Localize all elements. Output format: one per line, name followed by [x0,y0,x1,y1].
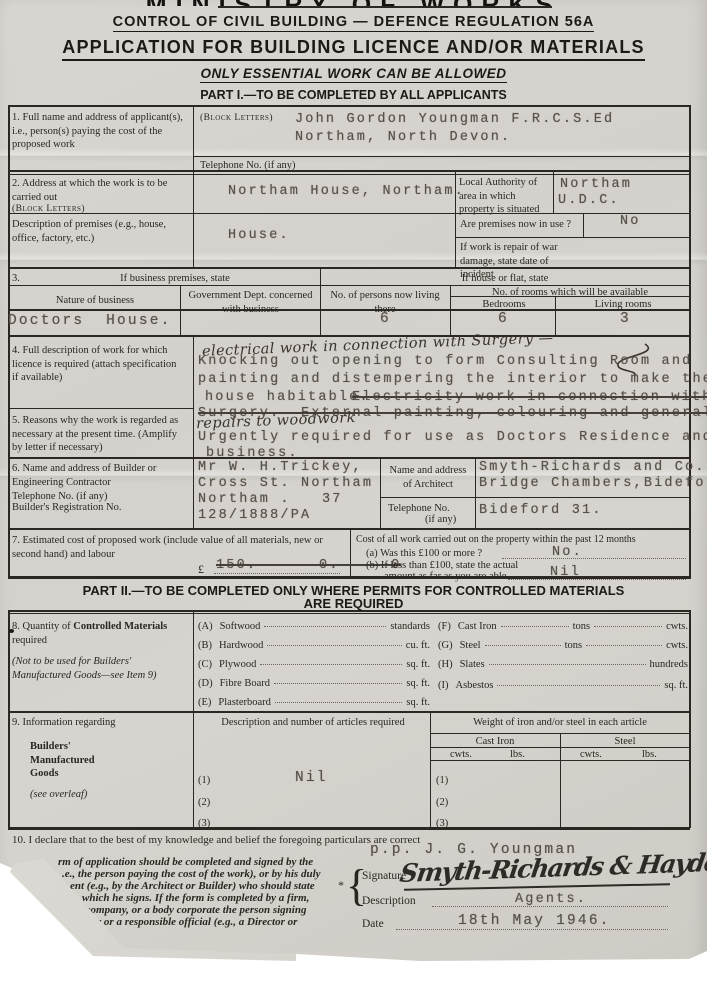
nature-of-business-value: Doctors House. [8,313,172,329]
block-letters-note: (Block Letters) [12,203,85,215]
builder-name-typed: Mr W. H.Trickey, [198,460,363,475]
builder-street-typed: Cross St. Northam [198,476,373,491]
premises-in-use-label: Are premises now in use ? [460,218,580,232]
steel-lbs-col: lbs. [642,748,657,762]
description-label: Description [362,894,416,909]
section6-label: 6. Name and address of Builder or Engine… [12,462,184,489]
architect-address-typed: Bridge Chambers,Bideford [479,476,707,491]
architect-name-typed: Smyth-Richards and Co., [479,460,707,475]
government-dept-col: Government Dept. concerned with business [188,289,313,316]
living-rooms-value: 3 [620,311,631,327]
cost-dotted-line [214,572,340,574]
form-title: APPLICATION FOR BUILDING LICENCE AND/OR … [0,37,707,61]
weight-row-3: (3) [436,817,448,831]
past-work-b-value: Nil [550,565,581,580]
telephone-label: Telephone No. (if any) [200,159,295,173]
bedrooms-value: 6 [498,311,509,327]
reasons-line2: business. [206,446,299,461]
section8-note: (Not to be used for Builders' Manufactur… [12,655,188,682]
material-row-plasterboard: (E)Plasterboardsq. ft. [198,697,430,708]
cast-iron-cwts-col: cwts. [450,748,472,762]
weight-row-2: (2) [436,796,448,810]
material-row-softwood: (A)Softwoodstandards [198,621,430,632]
material-row-fibre-board: (D)Fibre Boardsq. ft. [198,678,430,689]
architect-phone-value: Bideford 31. [479,503,603,518]
section9-label: 9. Information regarding [12,716,116,730]
house-flat-header: If house or flat, state [330,272,680,286]
description-value-typed: Agents. [515,892,587,907]
steel-cwts-col: cwts. [580,748,602,762]
control-line: CONTROL OF CIVIL BUILDING — DEFENCE REGU… [0,14,707,32]
architect-label: Name and address of Architect [385,464,471,491]
section1-label: 1. Full name and address of applicant(s)… [12,111,188,152]
applicant-name-typed: John Gordon Youngman F.R.C.S.Ed [295,112,614,127]
builders-goods-label: Builders' Manufactured Goods [30,740,122,781]
premises-in-use-value: No [620,214,641,229]
work-description-line3: house habitable. [205,390,370,405]
description-articles-col: Description and number of articles requi… [198,716,428,730]
part1-heading: PART I.—TO BE COMPLETED BY ALL APPLICANT… [0,88,707,103]
form-subtitle: ONLY ESSENTIAL WORK CAN BE ALLOWED [0,66,707,83]
persons-living-value: 6 [380,311,391,327]
a-dotted-line [502,557,686,559]
material-row-cast-iron: (F)Cast Irontonscwts. [438,621,688,632]
desc-row-3: (3) [198,817,210,831]
banner-underline [218,6,552,8]
bedrooms-col: Bedrooms [455,298,553,312]
material-row-steel: (G)Steeltonscwts. [438,640,688,651]
cast-iron-col: Cast Iron [432,735,558,749]
work-description-line2: painting and distempering the interior t… [198,372,707,387]
builder-town-typed: Northam . [198,492,291,507]
material-row-hardwood: (B)Hardwoodcu. ft. [198,640,430,651]
weight-row-1: (1) [436,774,448,788]
past-work-a-value: No. [552,545,583,560]
local-authority-label: Local Authority of area in which propert… [459,176,549,217]
material-row-asbestos: (I)Asbestossq. ft. [438,680,688,691]
business-premises-header: If business premises, state [40,272,310,286]
section8-label: 8. Quantity of Controlled Materials requ… [12,620,170,647]
footnote-asterisk: * [338,878,344,894]
b-dotted-line [508,578,686,580]
section3-number: 3. [12,272,20,286]
local-authority-value-2: U.D.C. [558,193,620,208]
material-row-slates: (H)Slateshundreds [438,659,688,670]
scanned-application-form: MINISTRY OF WORKS CONTROL OF CIVIL BUILD… [0,0,707,1000]
date-label: Date [362,917,384,932]
section2-label: 2. Address at which the work is to be ca… [12,177,180,204]
builder-registration-label: Builder's Registration No. [12,501,122,515]
part2-heading-line2: ARE REQUIRED [0,596,707,612]
builder-phone-typed: 37 [322,492,343,507]
work-address-typed: Northam House, Northam. [228,184,465,199]
footnote-line-6: er or a responsible official (e.g., a Di… [92,915,297,929]
past-work-header: Cost of all work carried out on the prop… [356,533,690,546]
architect-phone-label-2: (if any) [425,513,456,527]
steel-col: Steel [562,735,688,749]
currency-symbol: £ [198,562,204,578]
desc-row-2: (2) [198,796,210,810]
see-overleaf-note: (see overleaf) [30,788,87,802]
past-work-b-label-2: amount as far as you are able [384,570,506,584]
nature-of-business-col: Nature of business [20,294,170,308]
section4-label: 4. Full description of work for which li… [12,344,184,385]
work-description-line1: Knocking out opening to form Consulting … [198,354,692,369]
reasons-line1: Urgently required for use as Doctors Res… [198,430,707,445]
builder-registration-typed: 128/1888/PA [198,508,311,523]
local-authority-value-1: Northam [560,177,632,192]
premises-value-typed: House. [228,228,290,243]
declaration-text: 10. I declare that to the best of my kno… [12,833,692,847]
applicant-address-typed: Northam, North Devon. [295,130,511,145]
desc-row-1: (1) [198,774,210,788]
weight-iron-steel-col: Weight of iron and/or steel in each arti… [432,716,688,730]
living-rooms-col: Living rooms [560,298,686,312]
struck-text-line1: Electricity work in connection with [352,390,707,405]
section5-label: 5. Reasons why the work is regarded as n… [12,414,184,455]
block-letters-note: (Block Letters) [200,112,273,124]
cast-iron-lbs-col: lbs. [510,748,525,762]
premises-description-label: Description of premises (e.g., house, of… [12,218,172,245]
material-row-plywood: (C)Plywoodsq. ft. [198,659,430,670]
goods-nil-value: Nil [295,770,328,786]
date-value-typed: 18th May 1946. [458,913,611,929]
